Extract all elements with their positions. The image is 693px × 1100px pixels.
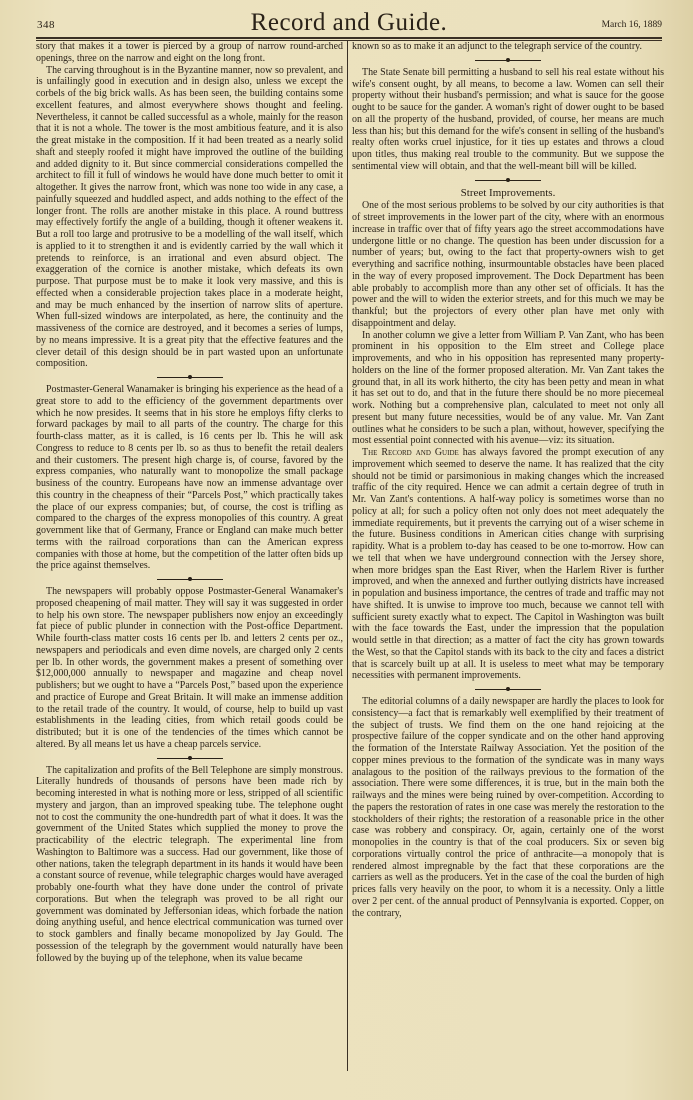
article-paragraph: The carving throughout is in the Byzanti… [36,65,343,371]
newspaper-page: 348 Record and Guide. March 16, 1889 sto… [0,0,693,1100]
section-divider-ornament [36,572,343,586]
section-heading: Street Improvements. [352,188,664,200]
section-divider-ornament [36,751,343,765]
article-paragraph: story that makes it a tower is pierced b… [36,41,343,65]
header-rule-thick [36,37,662,39]
section-divider-ornament [352,53,664,67]
right-column: known so as to make it an adjunct to the… [352,41,664,919]
article-paragraph: The State Senate bill permitting a husba… [352,67,664,173]
section-divider-ornament [36,370,343,384]
publication-name: The Record and Guide [362,447,459,458]
section-divider-ornament [352,682,664,696]
left-column: story that makes it a tower is pierced b… [36,41,343,964]
article-paragraph: Postmaster-General Wanamaker is bringing… [36,384,343,572]
section-divider-ornament [352,173,664,187]
masthead-title: Record and Guide. [36,10,662,36]
page-header: 348 Record and Guide. March 16, 1889 [36,10,662,36]
article-paragraph: In another column we give a letter from … [352,330,664,448]
article-paragraph: known so as to make it an adjunct to the… [352,41,664,53]
article-paragraph: The Record and Guide has always favored … [352,447,664,682]
article-paragraph: The newspapers will probably oppose Post… [36,586,343,751]
paragraph-text: has always favored the prompt execution … [352,447,664,681]
article-paragraph: The capitalization and profits of the Be… [36,765,343,965]
issue-date: March 16, 1889 [602,20,662,30]
column-divider [347,41,348,1071]
article-paragraph: The editorial columns of a daily newspap… [352,696,664,919]
article-paragraph: One of the most serious problems to be s… [352,200,664,329]
